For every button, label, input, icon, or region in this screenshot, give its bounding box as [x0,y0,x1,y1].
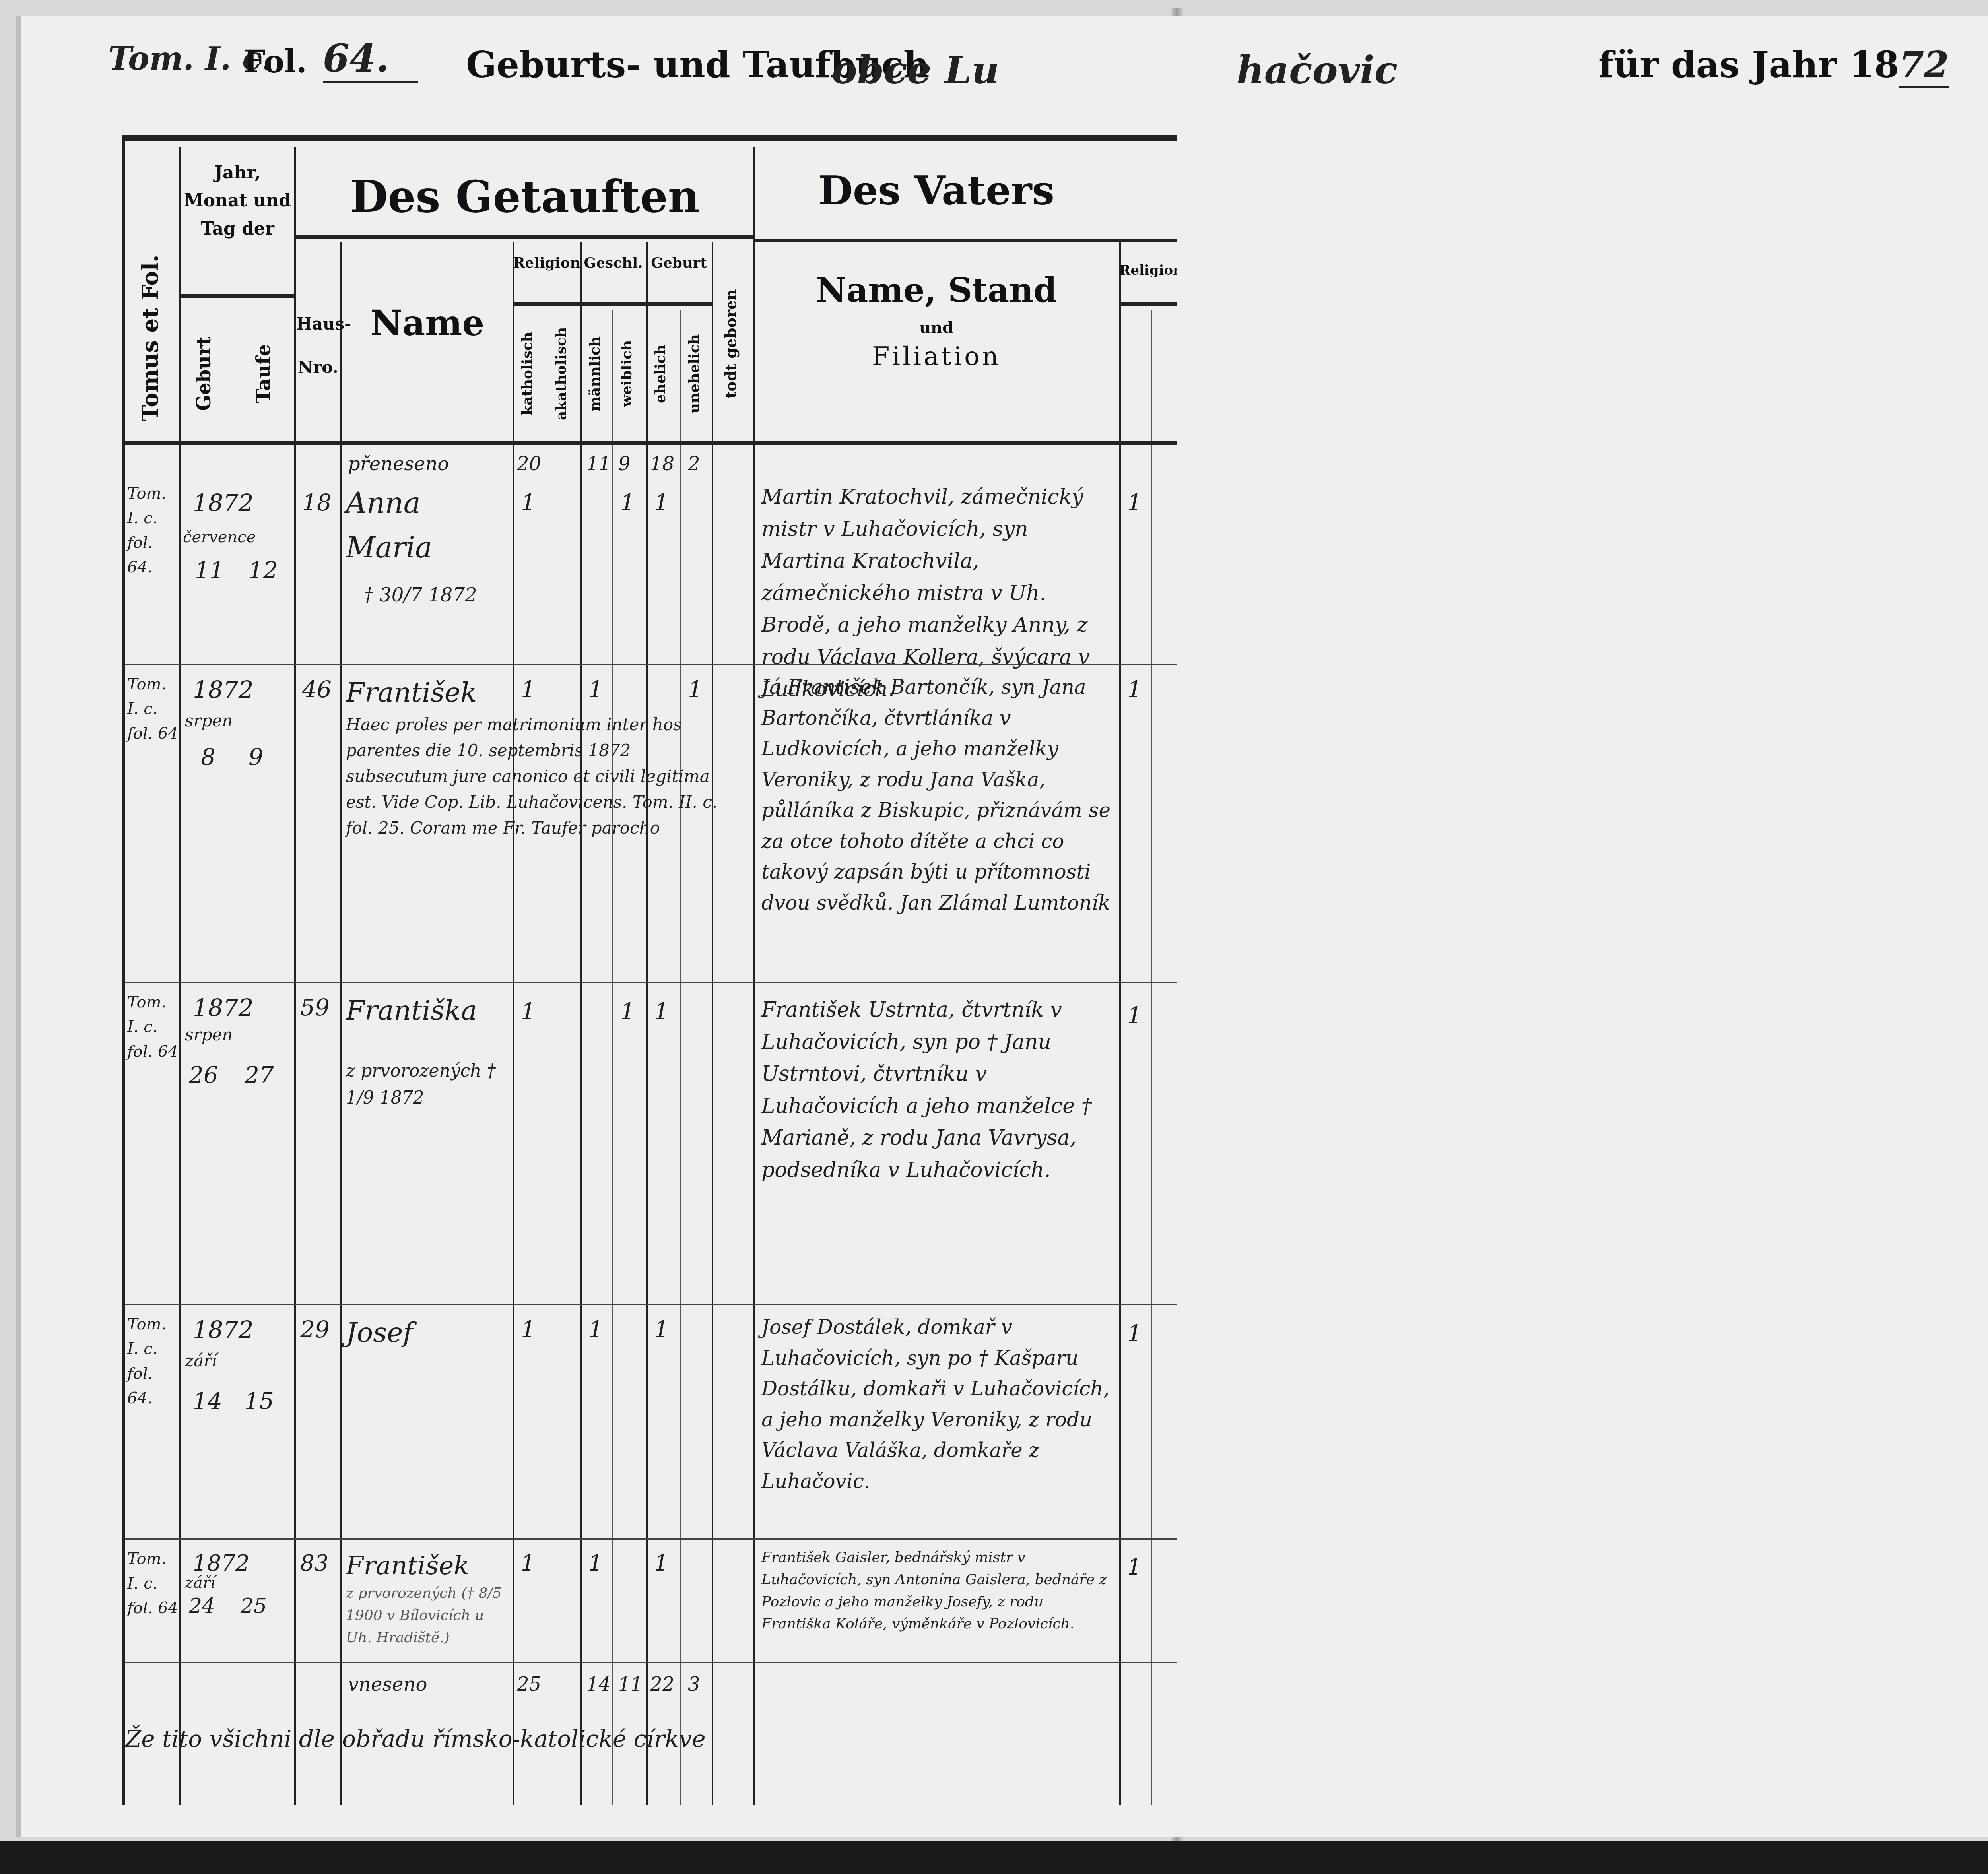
year-title: für das Jahr 1872 [1598,44,1949,86]
parish-name-part1: obce Lu [832,48,999,93]
col-baptism-date: Taufe [252,318,275,429]
top-rule [125,135,1179,141]
col-legit: ehelich [652,314,669,433]
col-catholic: katholisch [519,314,536,433]
total-female: 11 [618,1670,643,1699]
father-name-stand: Name, Stand [753,270,1119,310]
father-entry: Josef Dostálek, domkař v Luhačovicích, s… [761,1312,1111,1497]
father-filiation: Filiation [753,342,1119,371]
baptized-name: Anna Maria [346,481,509,570]
father-entry: Já František Bartončík, syn Jana Bartonč… [761,672,1111,918]
carried-forward-label: přeneseno [348,449,449,479]
total-catholic: 25 [517,1670,541,1699]
carried-female: 9 [618,449,631,479]
total-male: 14 [586,1670,611,1699]
col-house-no: Haus-Nro. [296,302,340,389]
col-sex: Geschl. [580,254,646,271]
col-acatholic: akatholisch [553,314,569,433]
left-register-grid: Tomus et Fol. Jahr, Monat und Tag der Ge… [122,135,1179,1805]
col-birth-date: Geburt [193,318,215,429]
baptized-name: Františka [346,990,509,1032]
baptized-name: Josef [346,1312,413,1354]
total-legit: 22 [650,1670,674,1699]
col-birth-status: Geburt [646,254,712,271]
baptized-name: František [346,1546,469,1586]
footer-attestation-left: Že tito všichni dle obřadu římsko-katoli… [125,1721,1179,1757]
col-female: weiblich [618,314,635,433]
carried-male: 11 [586,449,611,479]
carried-legit: 18 [650,449,674,479]
col-stillborn: todt geboren [722,254,740,433]
col-date-group: Jahr, Monat und Tag der [181,159,294,243]
father-group-header: Des Vaters [753,167,1119,214]
col-male: männlich [586,314,603,433]
col-illegit: unehelich [686,314,703,433]
register-book-spread: Tom. I. c. Fol. 64. Geburts- und Taufbuc… [0,0,1988,1874]
fol-label: Fol. [243,44,307,80]
total-illegit: 3 [688,1670,700,1699]
col-baptized-name: Name [342,302,513,343]
carried-illegit: 2 [688,449,700,479]
father-entry: František Gaisler, bednářský mistr v Luh… [761,1546,1111,1635]
col-tomus: Tomus et Fol. [137,239,163,437]
baptized-group-header: Des Getauften [296,171,753,222]
col-religion: Religion [513,254,580,271]
father-entry: František Ustrnta, čtvrtník v Luhačovicí… [761,994,1111,1186]
left-page: Tom. I. c. Fol. 64. Geburts- und Taufbuc… [16,16,1182,1837]
baptized-name: František [346,672,477,714]
right-page: hačovic für das Jahr 1872 Der Mutter Nam… [1177,16,1988,1837]
father-und: und [753,318,1119,337]
scan-edge-shadow [0,1841,1988,1874]
fol-value: 64. [323,36,418,83]
year-suffix: 72 [1899,44,1949,88]
father-religion: Religion [1119,262,1179,278]
parish-name-part2: hačovic [1237,48,1398,93]
carried-total-label: vneseno [348,1670,427,1699]
carried-catholic: 20 [517,449,541,479]
